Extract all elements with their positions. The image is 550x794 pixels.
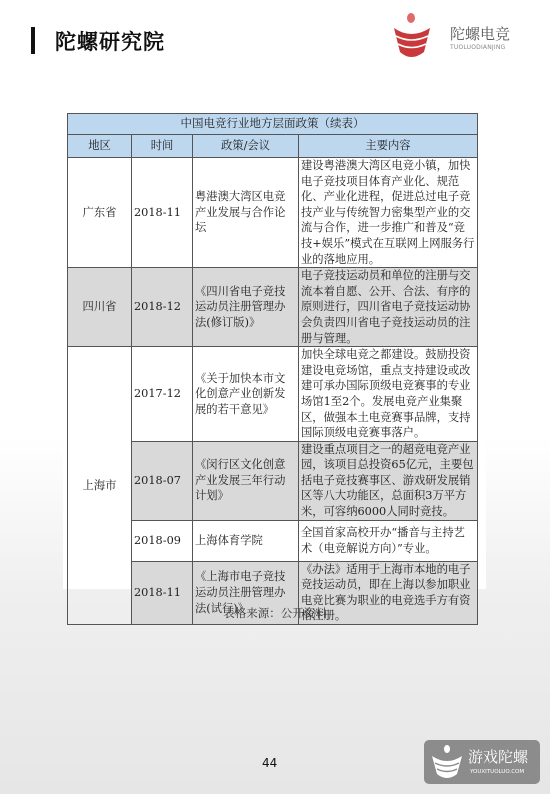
policy-cell: 《关于加快本市文化创意产业创新发展的若干意见》 (193, 347, 299, 442)
time-cell: 2017-12 (132, 347, 193, 442)
brand-name-en: TUOLUODIANJING (450, 44, 505, 51)
column-header-time: 时间 (132, 135, 193, 158)
page-header-title: 陀螺研究院 (55, 26, 165, 56)
content-cell: 建设粤港澳大湾区电竞小镇，加快电子竞技项目体育产业化、规范化、产业化进程，促进总… (299, 158, 478, 268)
content-cell: 加快全球电竞之都建设。鼓励投资建设电竞场馆，重点支持建设或改建可承办国际顶级电竞… (299, 347, 478, 442)
content-cell: 全国首家高校开办“播音与主持艺术（电竞解说方向）”专业。 (299, 520, 478, 561)
watermark-logo-icon (430, 744, 464, 780)
table-row: 上海市 2017-12 《关于加快本市文化创意产业创新发展的若干意见》 加快全球… (68, 347, 478, 442)
table-source-note: 表格来源：公开资料 (0, 605, 550, 621)
column-header-content: 主要内容 (299, 135, 478, 158)
region-cell: 上海市 (68, 347, 132, 625)
policy-table: 中国电竞行业地方层面政策（续表） 地区 时间 政策/会议 主要内容 广东省 20… (67, 113, 478, 625)
header-accent-bar (31, 27, 35, 54)
time-cell: 2018-07 (132, 441, 193, 520)
time-cell: 2018-12 (132, 268, 193, 347)
policy-cell: 《闵行区文化创意产业发展三年行动计划》 (193, 441, 299, 520)
policy-cell: 粤港澳大湾区电竞产业发展与合作论坛 (193, 158, 299, 268)
region-cell: 四川省 (68, 268, 132, 347)
watermark-url: YOUXITUOLUO.COM (470, 769, 524, 775)
region-cell: 广东省 (68, 158, 132, 268)
policy-cell: 上海体育学院 (193, 520, 299, 561)
content-cell: 建设重点项目之一的超竞电竞产业园，该项目总投资65亿元，主要包括电子竞技赛事区、… (299, 441, 478, 520)
watermark-name: 游戏陀螺 (468, 746, 528, 767)
column-header-region: 地区 (68, 135, 132, 158)
policy-cell: 《四川省电子竞技运动员注册管理办法(修订版)》 (193, 268, 299, 347)
time-cell: 2018-11 (132, 158, 193, 268)
page-number: 44 (262, 756, 277, 770)
table-row: 广东省 2018-11 粤港澳大湾区电竞产业发展与合作论坛 建设粤港澳大湾区电竞… (68, 158, 478, 268)
table-row: 四川省 2018-12 《四川省电子竞技运动员注册管理办法(修订版)》 电子竞技… (68, 268, 478, 347)
table-caption: 中国电竞行业地方层面政策（续表） (68, 114, 478, 135)
column-header-policy: 政策/会议 (193, 135, 299, 158)
brand-name: 陀螺电竞 (450, 23, 510, 44)
time-cell: 2018-09 (132, 520, 193, 561)
content-cell: 电子竞技运动员和单位的注册与交流本着自愿、公开、合法、有序的原则进行，四川省电子… (299, 268, 478, 347)
